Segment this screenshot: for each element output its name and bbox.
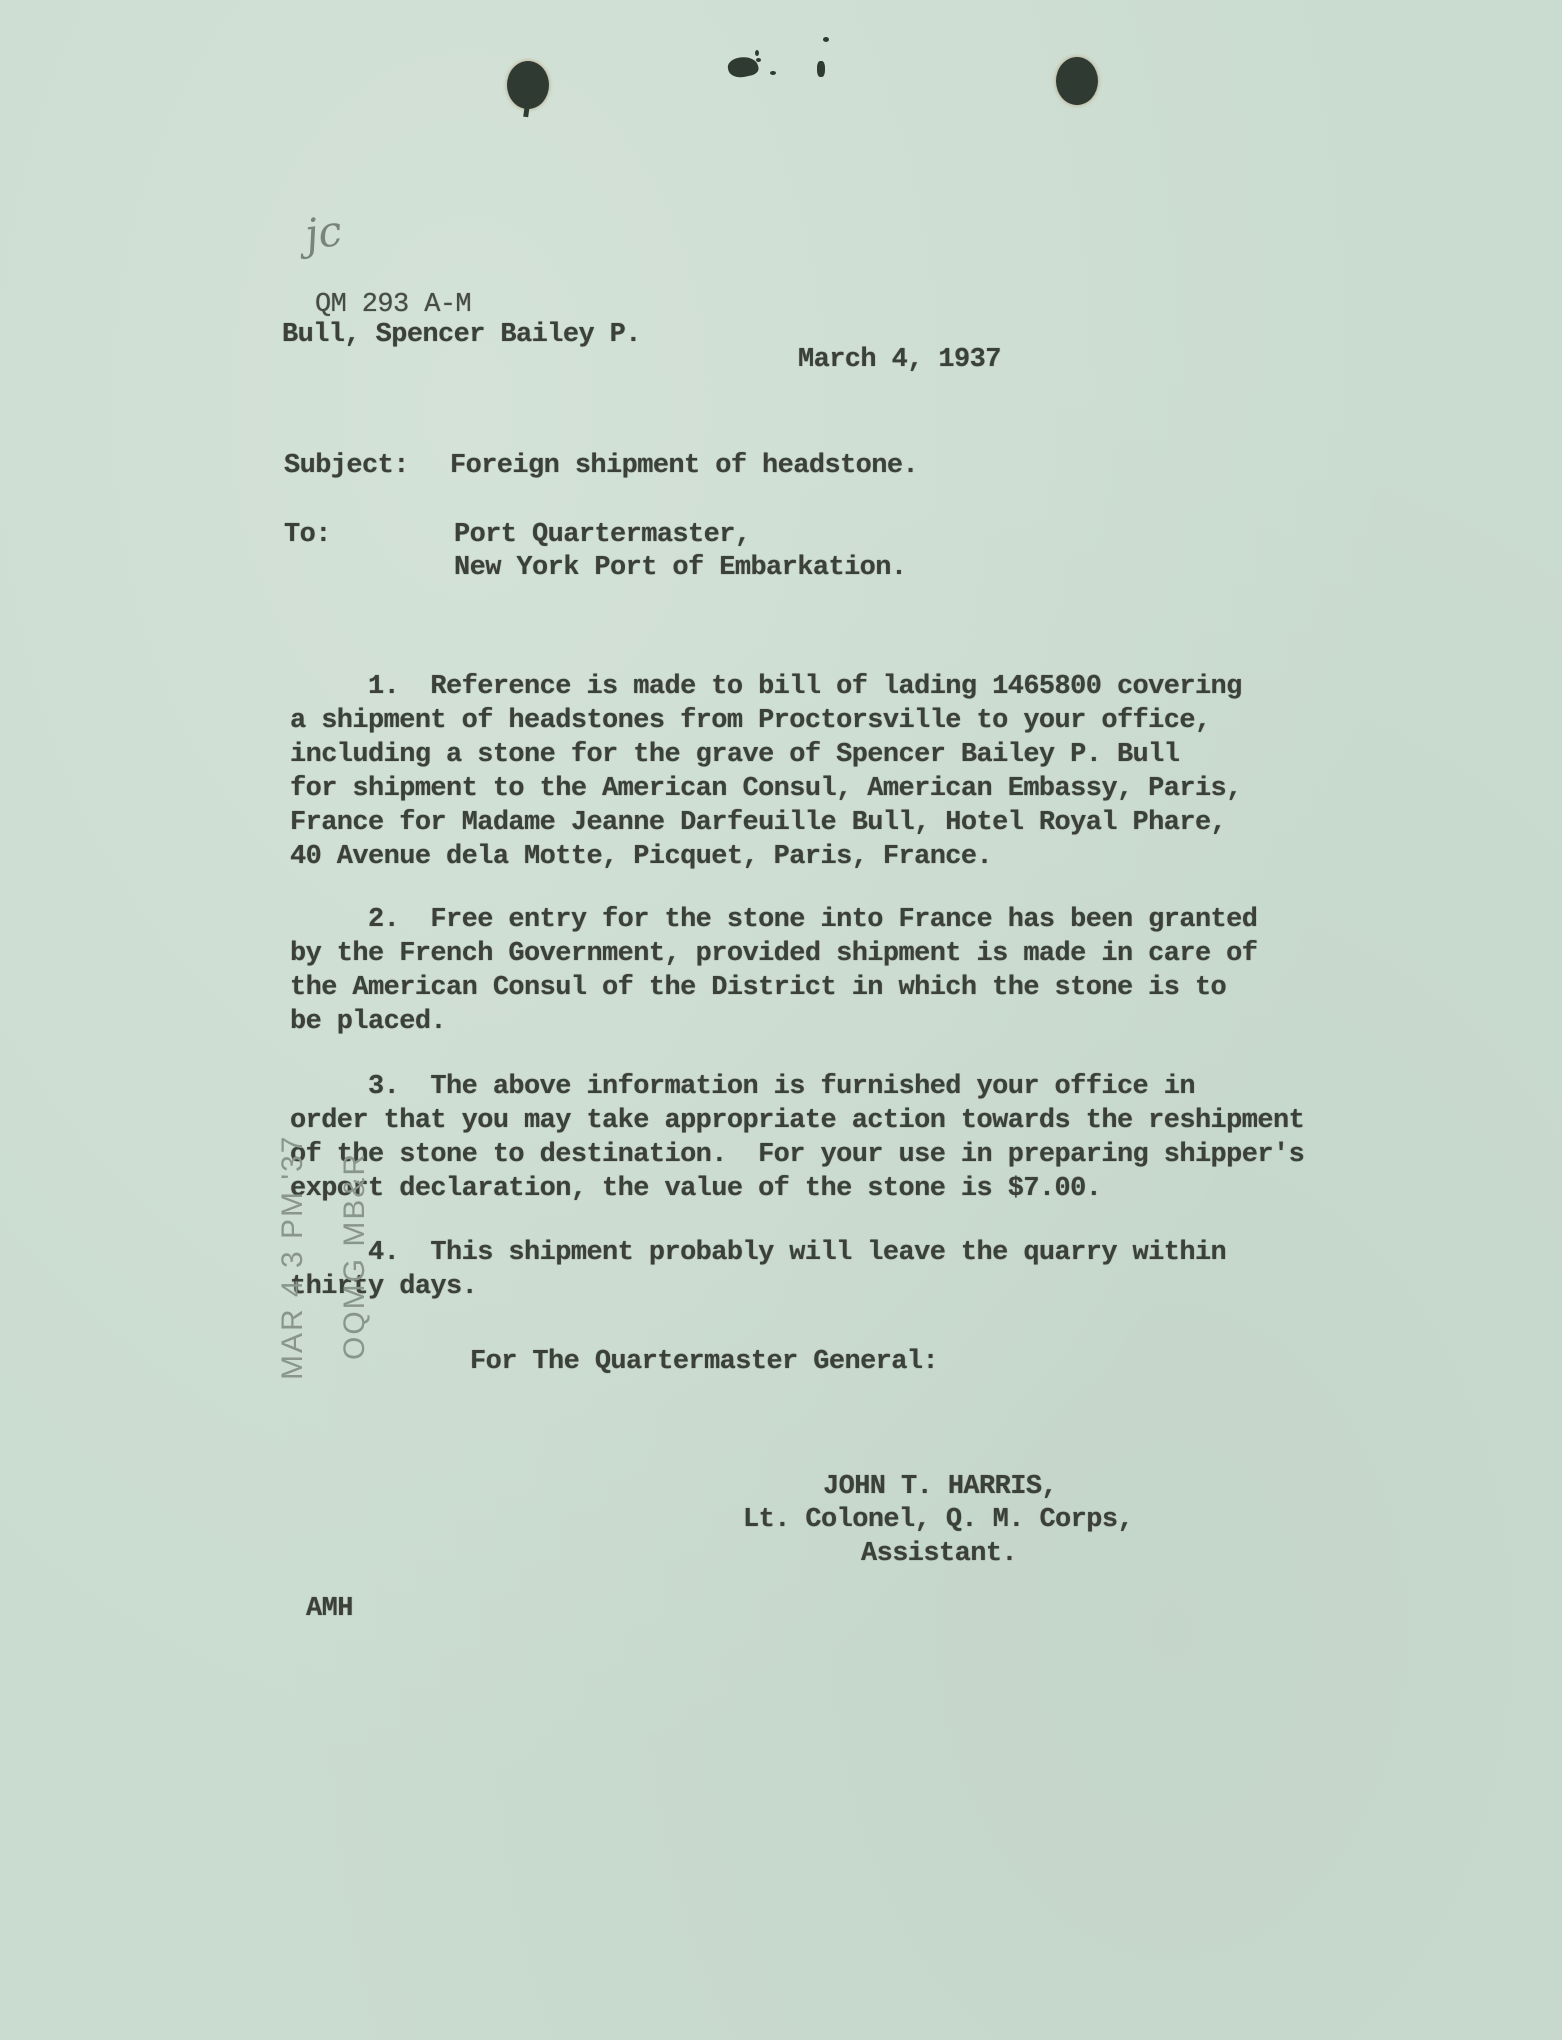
signature-rank: Lt. Colonel, Q. M. Corps, — [743, 1503, 1133, 1537]
paper-damage — [756, 58, 761, 62]
paragraph-line: 3. The above information is furnished yo… — [290, 1070, 1390, 1104]
paragraph-line: the American Consul of the District in w… — [290, 971, 1390, 1005]
punch-hole-right — [1056, 57, 1098, 105]
subject-text: Foreign shipment of headstone. — [450, 449, 918, 483]
paper-damage — [823, 37, 829, 42]
paragraph-1: 1. Reference is made to bill of lading 1… — [290, 670, 1390, 874]
handwritten-initials: jc — [302, 206, 345, 260]
paper-damage — [755, 50, 759, 56]
paragraph-line: including a stone for the grave of Spenc… — [290, 738, 1390, 772]
paragraph-3: 3. The above information is furnished yo… — [290, 1070, 1390, 1206]
paragraph-line: 1. Reference is made to bill of lading 1… — [290, 670, 1390, 704]
received-stamp-office: OQMG MB&R — [338, 1152, 372, 1360]
received-stamp-date: MAR 4 3 PM '37 — [276, 1135, 310, 1380]
paragraph-line: thirty days. — [290, 1270, 1390, 1304]
paragraph-2: 2. Free entry for the stone into France … — [290, 903, 1390, 1039]
signature-name: JOHN T. HARRIS, — [823, 1470, 1057, 1504]
recipient-line-2: New York Port of Embarkation. — [454, 551, 906, 585]
paragraph-line: 4. This shipment probably will leave the… — [290, 1236, 1390, 1270]
paragraph-line: order that you may take appropriate acti… — [290, 1104, 1390, 1138]
punch-hole-left — [507, 61, 549, 109]
signature-title: Assistant. — [861, 1537, 1017, 1571]
paper-damage — [726, 54, 760, 80]
subject-label: Subject: — [284, 449, 409, 483]
paper-damage — [817, 61, 825, 77]
paragraph-line: of the stone to destination. For your us… — [290, 1138, 1390, 1172]
file-name: Bull, Spencer Bailey P. — [282, 318, 641, 352]
recipient-line-1: Port Quartermaster, — [454, 518, 750, 552]
paragraph-line: 2. Free entry for the stone into France … — [290, 903, 1390, 937]
typist-initials: AMH — [306, 1592, 353, 1626]
paragraph-line: France for Madame Jeanne Darfeuille Bull… — [290, 806, 1390, 840]
paragraph-line: by the French Government, provided shipm… — [290, 937, 1390, 971]
closing-line: For The Quartermaster General: — [470, 1345, 938, 1379]
paragraph-line: be placed. — [290, 1005, 1390, 1039]
file-reference: QM 293 A-M — [315, 288, 471, 322]
document-page: jc QM 293 A-M Bull, Spencer Bailey P. Ma… — [0, 0, 1562, 2040]
letter-date: March 4, 1937 — [798, 343, 1001, 377]
paragraph-line: 40 Avenue dela Motte, Picquet, Paris, Fr… — [290, 840, 1390, 874]
paragraph-line: a shipment of headstones from Proctorsvi… — [290, 704, 1390, 738]
paragraph-line: for shipment to the American Consul, Ame… — [290, 772, 1390, 806]
paper-damage — [770, 71, 776, 75]
paragraph-line: export declaration, the value of the sto… — [290, 1172, 1390, 1206]
to-label: To: — [284, 518, 331, 552]
paragraph-4: 4. This shipment probably will leave the… — [290, 1236, 1390, 1304]
